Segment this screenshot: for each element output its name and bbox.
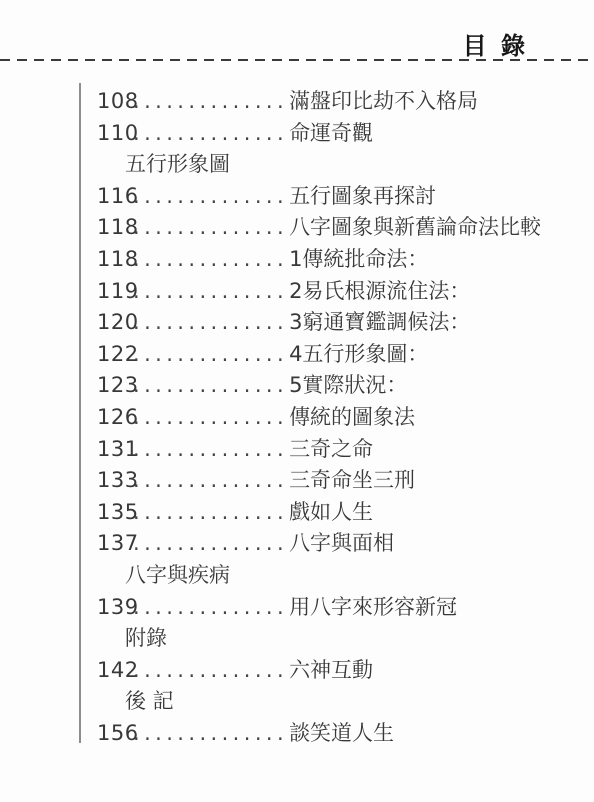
toc-section-header: 附錄 [97, 623, 577, 655]
dot-leader: .............. [133, 307, 288, 339]
page-number: 137 [97, 528, 133, 560]
toc-entry: 133..............三奇命坐三刑 [97, 465, 577, 497]
page-number: 118 [97, 212, 133, 244]
toc-entry: 110..............命運奇觀 [97, 118, 577, 150]
entry-title: 傳統的圖象法 [289, 402, 415, 434]
toc-entry: 142..............六神互動 [97, 655, 577, 687]
page-number: 131 [97, 434, 133, 466]
dashed-divider-line [0, 59, 594, 61]
page-title: 目 錄 [463, 26, 528, 61]
entry-title: 戲如人生 [289, 497, 373, 529]
entry-title: 談笑道人生 [289, 718, 394, 750]
dot-leader: .............. [133, 402, 288, 434]
toc-section-header: 後 記 [97, 686, 577, 718]
toc-entry: 156..............談笑道人生 [97, 718, 577, 750]
entry-title: 命運奇觀 [289, 118, 373, 150]
entry-title: 1傳統批命法： [289, 244, 428, 276]
dot-leader: .............. [133, 276, 288, 308]
toc-entry: 131..............三奇之命 [97, 434, 577, 466]
page-number: 120 [97, 307, 133, 339]
dot-leader: .............. [133, 528, 288, 560]
toc-entry: 122..............4五行形象圖： [97, 339, 577, 371]
entry-title: 4五行形象圖： [289, 339, 428, 371]
page-number: 110 [97, 118, 133, 150]
section-title: 五行形象圖 [125, 152, 230, 176]
entry-title: 八字圖象與新舊論命法比較 [289, 212, 541, 244]
dot-leader: .............. [133, 339, 288, 371]
entry-title: 用八字來形容新冠 [289, 592, 457, 624]
section-title: 後 記 [125, 689, 174, 713]
dot-leader: .............. [133, 718, 288, 750]
page-number: 126 [97, 402, 133, 434]
entry-title: 2易氏根源流住法： [289, 276, 470, 308]
dot-leader: .............. [133, 370, 288, 402]
toc-entry: 139..............用八字來形容新冠 [97, 592, 577, 624]
dot-leader: .............. [133, 118, 288, 150]
toc-entry: 137..............八字與面相 [97, 528, 577, 560]
dot-leader: .............. [133, 655, 288, 687]
page-number: 118 [97, 244, 133, 276]
entry-title: 五行圖象再探討 [289, 181, 436, 213]
section-title: 八字與疾病 [125, 563, 230, 587]
page-number: 139 [97, 592, 133, 624]
dot-leader: .............. [133, 465, 288, 497]
dot-leader: .............. [133, 212, 288, 244]
page-number: 142 [97, 655, 133, 687]
entry-title: 三奇之命 [289, 434, 373, 466]
page-number: 135 [97, 497, 133, 529]
dot-leader: .............. [133, 497, 288, 529]
toc-entry: 108..............滿盤印比劫不入格局 [97, 86, 577, 118]
toc-entry: 120..............3窮通寶鑑調候法： [97, 307, 577, 339]
toc-entry: 116..............五行圖象再探討 [97, 181, 577, 213]
entry-title: 三奇命坐三刑 [289, 465, 415, 497]
toc-entry: 119..............2易氏根源流住法： [97, 276, 577, 308]
toc-entry: 123..............5實際狀況： [97, 370, 577, 402]
entry-title: 八字與面相 [289, 528, 394, 560]
left-vertical-rule [79, 83, 81, 743]
toc-section-header: 五行形象圖 [97, 149, 577, 181]
page-number: 156 [97, 718, 133, 750]
toc-entry: 126..............傳統的圖象法 [97, 402, 577, 434]
entry-title: 滿盤印比劫不入格局 [289, 86, 478, 118]
toc-entry: 135..............戲如人生 [97, 497, 577, 529]
toc-entry: 118..............1傳統批命法： [97, 244, 577, 276]
page-number: 122 [97, 339, 133, 371]
toc-entry: 118..............八字圖象與新舊論命法比較 [97, 212, 577, 244]
dot-leader: .............. [133, 244, 288, 276]
dot-leader: .............. [133, 86, 288, 118]
page-number: 116 [97, 181, 133, 213]
dot-leader: .............. [133, 181, 288, 213]
page-number: 108 [97, 86, 133, 118]
entry-title: 5實際狀況： [289, 370, 407, 402]
dot-leader: .............. [133, 592, 288, 624]
toc-list: 108..............滿盤印比劫不入格局110...........… [97, 86, 577, 749]
page-number: 119 [97, 276, 133, 308]
section-title: 附錄 [125, 626, 167, 650]
entry-title: 六神互動 [289, 655, 373, 687]
page-number: 133 [97, 465, 133, 497]
dot-leader: .............. [133, 434, 288, 466]
toc-section-header: 八字與疾病 [97, 560, 577, 592]
entry-title: 3窮通寶鑑調候法： [289, 307, 470, 339]
page-number: 123 [97, 370, 133, 402]
